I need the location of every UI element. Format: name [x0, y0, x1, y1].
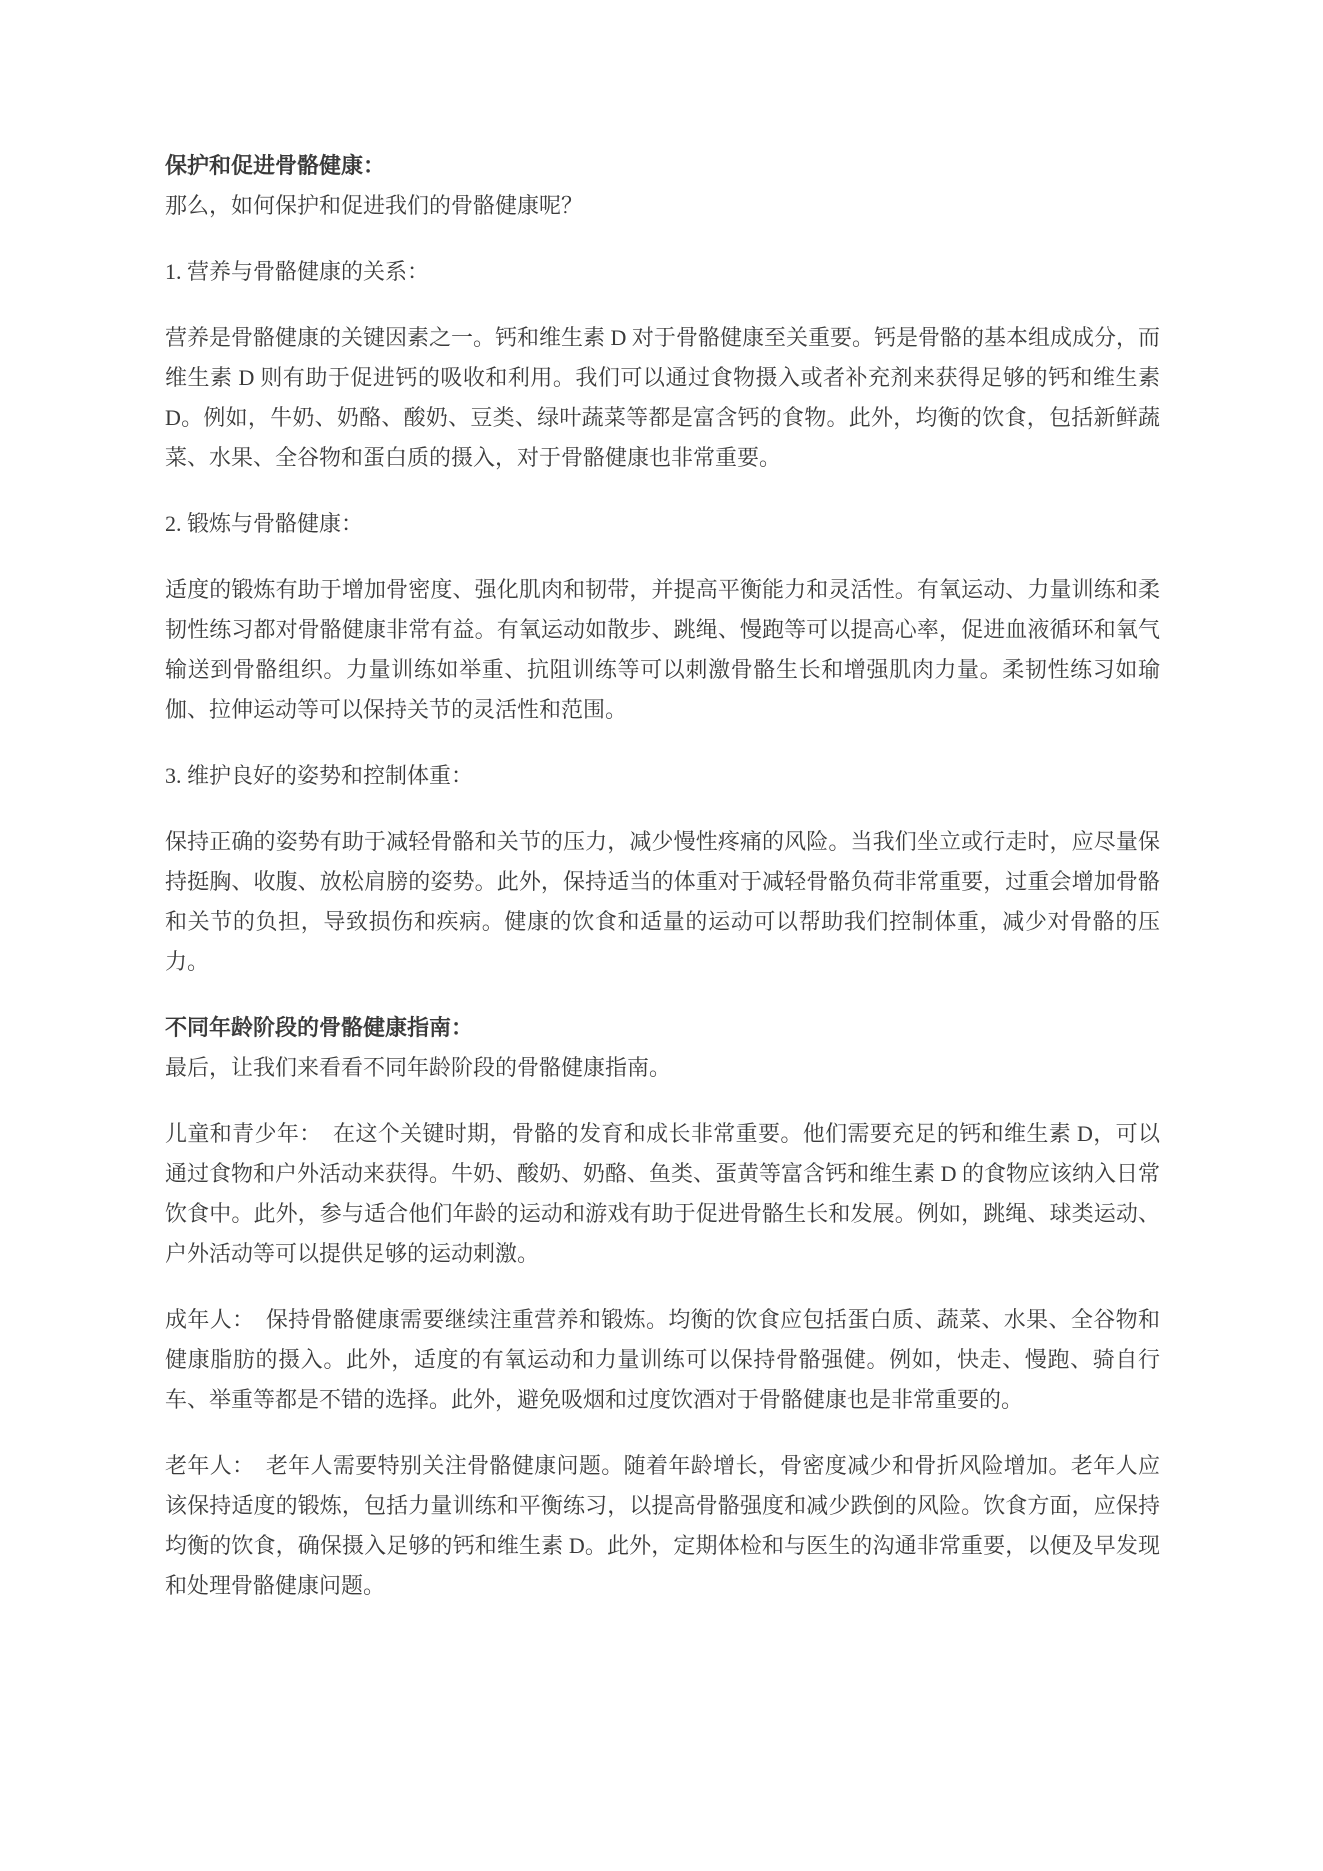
doc-paragraph-exercise: 适度的锻炼有助于增加骨密度、强化肌肉和韧带，并提高平衡能力和灵活性。有氧运动、力… — [165, 570, 1160, 730]
doc-line-age-guide-intro: 最后，让我们来看看不同年龄阶段的骨骼健康指南。 — [165, 1048, 1160, 1088]
doc-paragraph-elderly: 老年人： 老年人需要特别关注骨骼健康问题。随着年龄增长，骨密度减少和骨折风险增加… — [165, 1446, 1160, 1606]
document-page: 保护和促进骨骼健康： 那么，如何保护和促进我们的骨骼健康呢？ 1. 营养与骨骼健… — [0, 0, 1323, 1871]
document-content: 保护和促进骨骼健康： 那么，如何保护和促进我们的骨骼健康呢？ 1. 营养与骨骼健… — [165, 146, 1160, 1606]
doc-paragraph-posture-weight: 保持正确的姿势有助于减轻骨骼和关节的压力，减少慢性疼痛的风险。当我们坐立或行走时… — [165, 822, 1160, 982]
doc-heading-bone-protection: 保护和促进骨骼健康： — [165, 146, 1160, 186]
doc-paragraph-nutrition: 营养是骨骼健康的关键因素之一。钙和维生素 D 对于骨骼健康至关重要。钙是骨骼的基… — [165, 318, 1160, 478]
doc-heading-nutrition: 1. 营养与骨骼健康的关系： — [165, 252, 1160, 292]
doc-line-intro-question: 那么，如何保护和促进我们的骨骼健康呢？ — [165, 186, 1160, 226]
doc-paragraph-children-teens: 儿童和青少年： 在这个关键时期，骨骼的发育和成长非常重要。他们需要充足的钙和维生… — [165, 1114, 1160, 1274]
doc-heading-age-guide: 不同年龄阶段的骨骼健康指南： — [165, 1008, 1160, 1048]
doc-heading-exercise: 2. 锻炼与骨骼健康： — [165, 504, 1160, 544]
doc-paragraph-adults: 成年人： 保持骨骼健康需要继续注重营养和锻炼。均衡的饮食应包括蛋白质、蔬菜、水果… — [165, 1300, 1160, 1420]
doc-heading-posture-weight: 3. 维护良好的姿势和控制体重： — [165, 756, 1160, 796]
